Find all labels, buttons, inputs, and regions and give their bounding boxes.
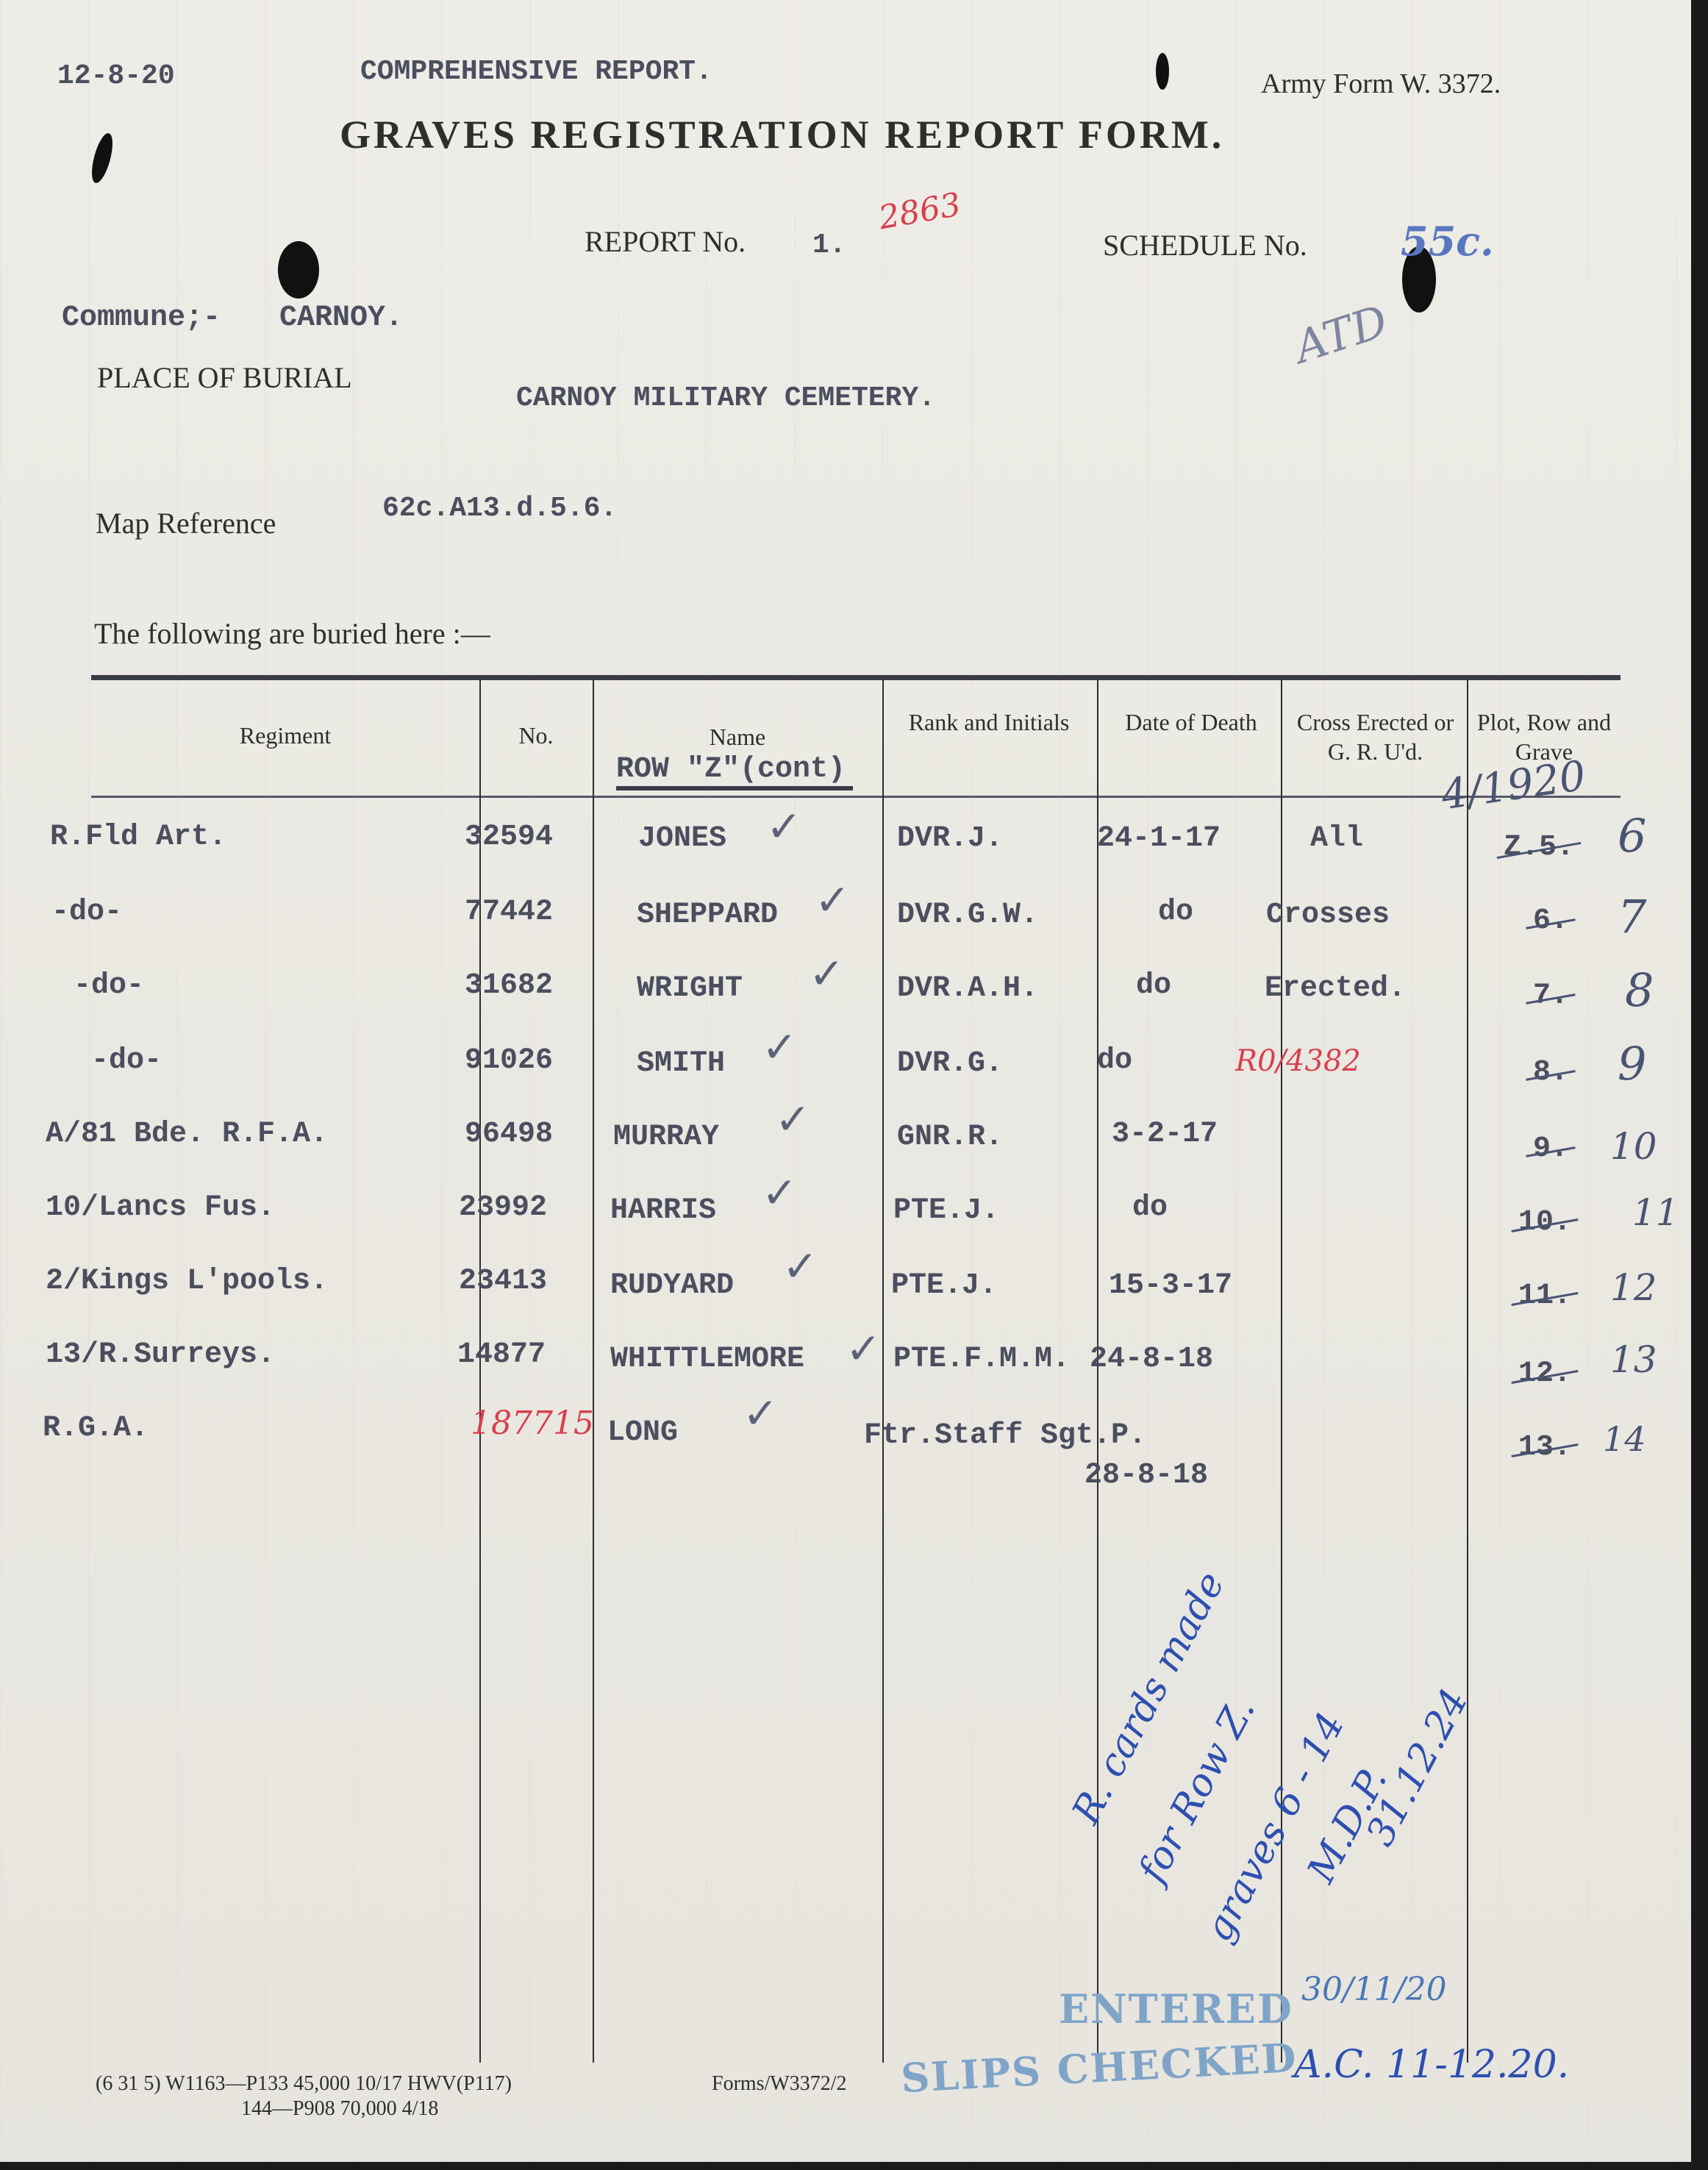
regiment-cell: A/81 Bde. R.F.A. bbox=[46, 1118, 328, 1151]
column-divider bbox=[593, 680, 594, 2063]
place-of-burial-value: CARNOY MILITARY CEMETERY. bbox=[516, 382, 935, 414]
document-page: 12-8-20 COMPREHENSIVE REPORT. Army Form … bbox=[0, 0, 1691, 2162]
entered-date: 30/11/20 bbox=[1301, 1971, 1447, 2008]
grave-handwritten: 6 bbox=[1618, 809, 1646, 863]
column-divider bbox=[479, 680, 481, 2063]
regiment-cell: -do- bbox=[91, 1044, 162, 1077]
grave-handwritten: 7 bbox=[1618, 890, 1646, 943]
punch-hole bbox=[87, 131, 116, 185]
rank-cell: PTE.J. bbox=[893, 1194, 999, 1227]
grave-handwritten: 8 bbox=[1625, 963, 1654, 1017]
name-cell: HARRIS bbox=[610, 1194, 716, 1227]
grave-typed: 11. bbox=[1518, 1279, 1571, 1313]
slips-checked-initials: A.C. 11-12.20. bbox=[1294, 2043, 1569, 2087]
grave-handwritten: 10 bbox=[1610, 1125, 1657, 1168]
checkmark-icon: ✓ bbox=[782, 1241, 818, 1291]
grave-typed: 8. bbox=[1533, 1056, 1568, 1089]
schedule-no-value: 55c. bbox=[1401, 218, 1494, 265]
checkmark-icon: ✓ bbox=[762, 1022, 798, 1072]
rank-cell: DVR.G. bbox=[897, 1047, 1003, 1080]
name-cell: MURRAY bbox=[613, 1121, 719, 1154]
number-cell: 187715 bbox=[471, 1405, 594, 1442]
footer-print-info-2: 144—P908 70,000 4/18 bbox=[241, 2097, 438, 2121]
column-divider bbox=[882, 680, 884, 2063]
name-cell: WHITTLEMORE bbox=[610, 1343, 804, 1376]
name-cell: SMITH bbox=[637, 1047, 725, 1080]
number-cell: 31682 bbox=[465, 969, 553, 1002]
regiment-cell: R.Fld Art. bbox=[50, 821, 226, 854]
grave-typed: 13. bbox=[1518, 1431, 1571, 1464]
intro-text: The following are buried here :— bbox=[94, 616, 490, 651]
column-header-regiment: Regiment bbox=[91, 721, 479, 750]
number-cell: 23992 bbox=[459, 1191, 547, 1224]
regiment-cell: -do- bbox=[74, 969, 144, 1002]
name-cell: LONG bbox=[607, 1416, 678, 1449]
cross-cell: Erected. bbox=[1265, 972, 1406, 1005]
column-header-name: Name bbox=[593, 722, 882, 752]
name-cell: WRIGHT bbox=[637, 972, 743, 1005]
punch-hole bbox=[1156, 53, 1169, 90]
rank-cell: PTE.F.M.M. bbox=[893, 1343, 1070, 1376]
grave-typed: 12. bbox=[1518, 1357, 1571, 1391]
date-cell: 24-8-18 bbox=[1090, 1343, 1213, 1376]
grave-typed: Z.5. bbox=[1504, 831, 1574, 864]
punch-hole bbox=[278, 241, 319, 299]
cross-cell: Crosses bbox=[1266, 899, 1390, 932]
report-date: 12-8-20 bbox=[57, 60, 175, 92]
checkmark-icon: ✓ bbox=[809, 949, 845, 999]
name-cell: SHEPPARD bbox=[637, 899, 778, 932]
grave-handwritten: 11 bbox=[1632, 1191, 1679, 1234]
rank-cell: GNR.R. bbox=[897, 1121, 1003, 1154]
column-header-rank: Rank and Initials bbox=[897, 707, 1081, 737]
rank-cell: DVR.A.H. bbox=[897, 972, 1038, 1005]
table-top-rule bbox=[91, 675, 1621, 680]
grave-typed: 10. bbox=[1518, 1206, 1571, 1239]
commune-value: CARNOY. bbox=[279, 301, 403, 335]
rank-cell: PTE.J. bbox=[891, 1269, 997, 1302]
rank-cell: DVR.G.W. bbox=[897, 899, 1038, 932]
grave-typed: 7. bbox=[1533, 979, 1568, 1013]
date-cell: 24-1-17 bbox=[1097, 822, 1221, 855]
initials-mark: ATD bbox=[1288, 296, 1394, 374]
date-cell: do bbox=[1158, 896, 1193, 929]
regiment-cell: 2/Kings L'pools. bbox=[46, 1265, 328, 1298]
date-cell: do bbox=[1132, 1191, 1168, 1224]
number-cell: 23413 bbox=[459, 1265, 547, 1298]
footer-print-info: (6 31 5) W1163—P133 45,000 10/17 HWV(P11… bbox=[96, 2072, 512, 2096]
table-header-rule bbox=[91, 796, 1621, 798]
report-no-label: REPORT No. bbox=[585, 224, 746, 259]
date-cell: do bbox=[1097, 1044, 1132, 1077]
column-header-cross: Cross Erected or G. R. U'd. bbox=[1285, 707, 1465, 766]
checkmark-icon: ✓ bbox=[743, 1388, 779, 1438]
row-group-label: ROW "Z"(cont) bbox=[616, 753, 853, 790]
entered-stamp: ENTERED bbox=[1059, 1985, 1293, 2032]
slips-checked-stamp: SLIPS CHECKED bbox=[900, 2034, 1298, 2102]
commune-label: Commune;- bbox=[62, 301, 221, 335]
map-reference-value: 62c.A13.d.5.6. bbox=[382, 493, 617, 524]
army-form-number: Army Form W. 3372. bbox=[1261, 68, 1501, 100]
regiment-cell: 10/Lancs Fus. bbox=[46, 1191, 275, 1224]
page-title: GRAVES REGISTRATION REPORT FORM. bbox=[340, 112, 1224, 157]
regiment-cell: 13/R.Surreys. bbox=[46, 1338, 275, 1371]
grave-handwritten: 14 bbox=[1603, 1419, 1646, 1459]
column-divider bbox=[1467, 680, 1468, 2063]
cross-cell: All bbox=[1310, 822, 1363, 855]
checkmark-icon: ✓ bbox=[775, 1094, 811, 1144]
date-cell: 28-8-18 bbox=[1085, 1459, 1208, 1492]
footer-form-ref: Forms/W3372/2 bbox=[712, 2072, 847, 2096]
checkmark-icon: ✓ bbox=[766, 802, 802, 852]
number-cell: 32594 bbox=[465, 821, 553, 854]
grave-typed: 6. bbox=[1533, 904, 1568, 938]
grave-handwritten: 9 bbox=[1618, 1037, 1646, 1091]
number-cell: 77442 bbox=[465, 896, 553, 929]
grave-handwritten: 12 bbox=[1610, 1266, 1657, 1309]
report-no-handwritten: 2863 bbox=[876, 186, 963, 238]
report-type: COMPREHENSIVE REPORT. bbox=[360, 56, 712, 88]
number-cell: 96498 bbox=[465, 1118, 553, 1151]
regiment-cell: R.G.A. bbox=[43, 1412, 149, 1445]
checkmark-icon: ✓ bbox=[815, 875, 851, 925]
note-line: 31.12.24 bbox=[1358, 1682, 1477, 1853]
grave-handwritten: 13 bbox=[1610, 1338, 1657, 1381]
name-cell: JONES bbox=[638, 822, 726, 855]
report-no-value: 1. bbox=[812, 229, 846, 261]
date-cell: do bbox=[1136, 969, 1171, 1002]
cross-note: R0/4382 bbox=[1235, 1044, 1361, 1078]
checkmark-icon: ✓ bbox=[846, 1324, 882, 1374]
column-header-date: Date of Death bbox=[1125, 707, 1257, 737]
date-cell: 3-2-17 bbox=[1112, 1118, 1218, 1151]
schedule-no-label: SCHEDULE No. bbox=[1103, 228, 1307, 263]
checkmark-icon: ✓ bbox=[762, 1168, 798, 1218]
map-reference-label: Map Reference bbox=[96, 506, 276, 540]
name-cell: RUDYARD bbox=[610, 1269, 734, 1302]
date-cell: 15-3-17 bbox=[1109, 1269, 1232, 1302]
grave-typed: 9. bbox=[1533, 1132, 1568, 1166]
rank-cell: Ftr.Staff Sgt.P. bbox=[864, 1419, 1146, 1452]
column-header-no: No. bbox=[479, 721, 593, 750]
regiment-cell: -do- bbox=[51, 896, 122, 929]
number-cell: 14877 bbox=[457, 1338, 546, 1371]
rank-cell: DVR.J. bbox=[897, 822, 1003, 855]
number-cell: 91026 bbox=[465, 1044, 553, 1077]
place-of-burial-label: PLACE OF BURIAL bbox=[97, 360, 352, 395]
